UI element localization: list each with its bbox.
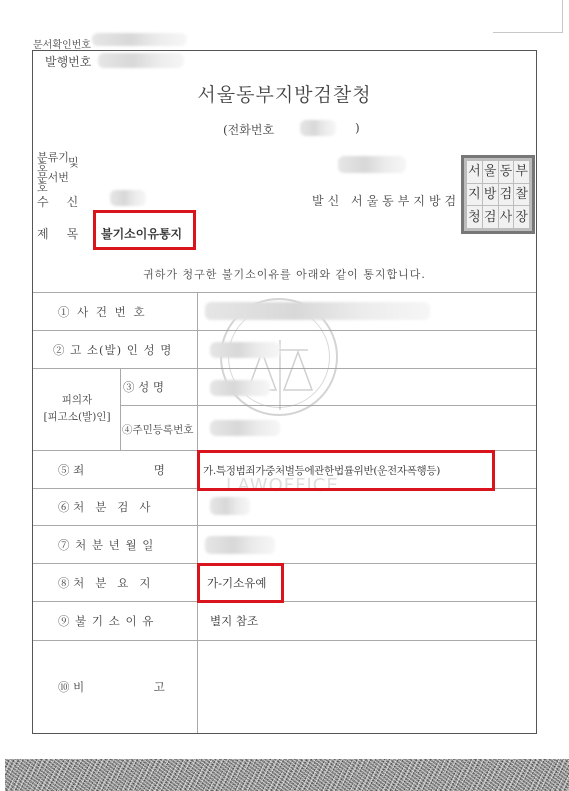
row-label-complainant: ② 고 소(발) 인 성 명: [53, 338, 172, 362]
row-label-prosecutor: ⑥ 처 분 검 사: [58, 495, 151, 519]
redacted-doc-confirm-number: [92, 33, 187, 46]
redacted-disposition-date: [205, 536, 275, 554]
crime-highlight-box: [197, 450, 495, 491]
row-divider: [33, 601, 536, 602]
seal-char: 서: [467, 161, 482, 183]
scan-noise-band: [5, 759, 569, 791]
classification-and: 및: [68, 154, 79, 170]
subject-highlight-box: [93, 210, 196, 250]
redacted-issue-number: [98, 53, 184, 68]
seal-char: 울: [483, 161, 498, 183]
row-divider: [33, 525, 536, 526]
subject-label: 제목: [37, 225, 96, 242]
row-label-case-number: ① 사 건 번 호: [58, 300, 147, 324]
row-label-disposition-summary: ⑧ 처 분 요 지: [58, 571, 151, 595]
disposition-highlight-box: [197, 563, 284, 603]
seal-char: 동: [499, 161, 514, 183]
redacted-phone-number: [300, 120, 336, 136]
page-corner-edge: [493, 0, 563, 33]
seal-char: 장: [514, 206, 529, 228]
redacted-resident-number: [210, 420, 280, 436]
seal-char: 사: [499, 206, 514, 228]
row-divider: [33, 368, 536, 369]
seal-char: 부: [514, 161, 529, 183]
doc-confirm-label: 문서확인번호: [33, 36, 91, 51]
row-label-suspect-name: ③ 성 명: [123, 376, 164, 398]
redacted-classification-number: [338, 156, 406, 173]
row-label-resident-number: ④주민등록번호: [122, 418, 193, 440]
agency-title: 서울동부지방검찰청: [0, 80, 569, 107]
recipient-label: 수신: [37, 193, 96, 210]
row-label-disposition-date: ⑦ 처 분 년 월 일: [58, 533, 154, 557]
seal-char: 찰: [514, 184, 529, 206]
issue-number-label: 발행번호: [45, 53, 91, 70]
seal-char: 청: [467, 206, 482, 228]
row-divider: [33, 330, 536, 331]
column-divider: [197, 292, 198, 733]
redacted-prosecutor: [210, 497, 250, 515]
row-divider: [33, 292, 536, 293]
row-divider: [33, 640, 536, 641]
seal-char: 검: [499, 184, 514, 206]
redacted-case-number: [205, 302, 430, 320]
phone-label: (전화번호: [223, 121, 274, 138]
redacted-recipient: [110, 190, 146, 206]
redacted-suspect-name: [210, 380, 270, 396]
row-label-crime: ⑤ 죄 명: [58, 458, 165, 482]
official-seal: 서 울 동 부 지 방 검 찰 청 검 사 장: [461, 155, 535, 234]
seal-char: 검: [483, 206, 498, 228]
row-divider: [33, 563, 536, 564]
column-divider: [120, 368, 121, 450]
seal-char: 방: [483, 184, 498, 206]
row-label-suspect-group: 피의자 [피고소(발)인]: [36, 385, 118, 433]
row-label-non-prosecution-reason: ⑨ 불 기 소 이 유: [58, 609, 154, 633]
seal-char: 지: [467, 184, 482, 206]
non-prosecution-reason-value: 별지 참조: [210, 609, 258, 633]
notice-sentence: 귀하가 청구한 불기소이유를 아래와 같이 통지합니다.: [0, 266, 569, 282]
redacted-complainant: [210, 342, 280, 358]
phone-close-paren: ): [355, 121, 360, 135]
row-divider: [120, 405, 536, 406]
row-label-remarks: ⑩ 비 고: [58, 675, 165, 699]
